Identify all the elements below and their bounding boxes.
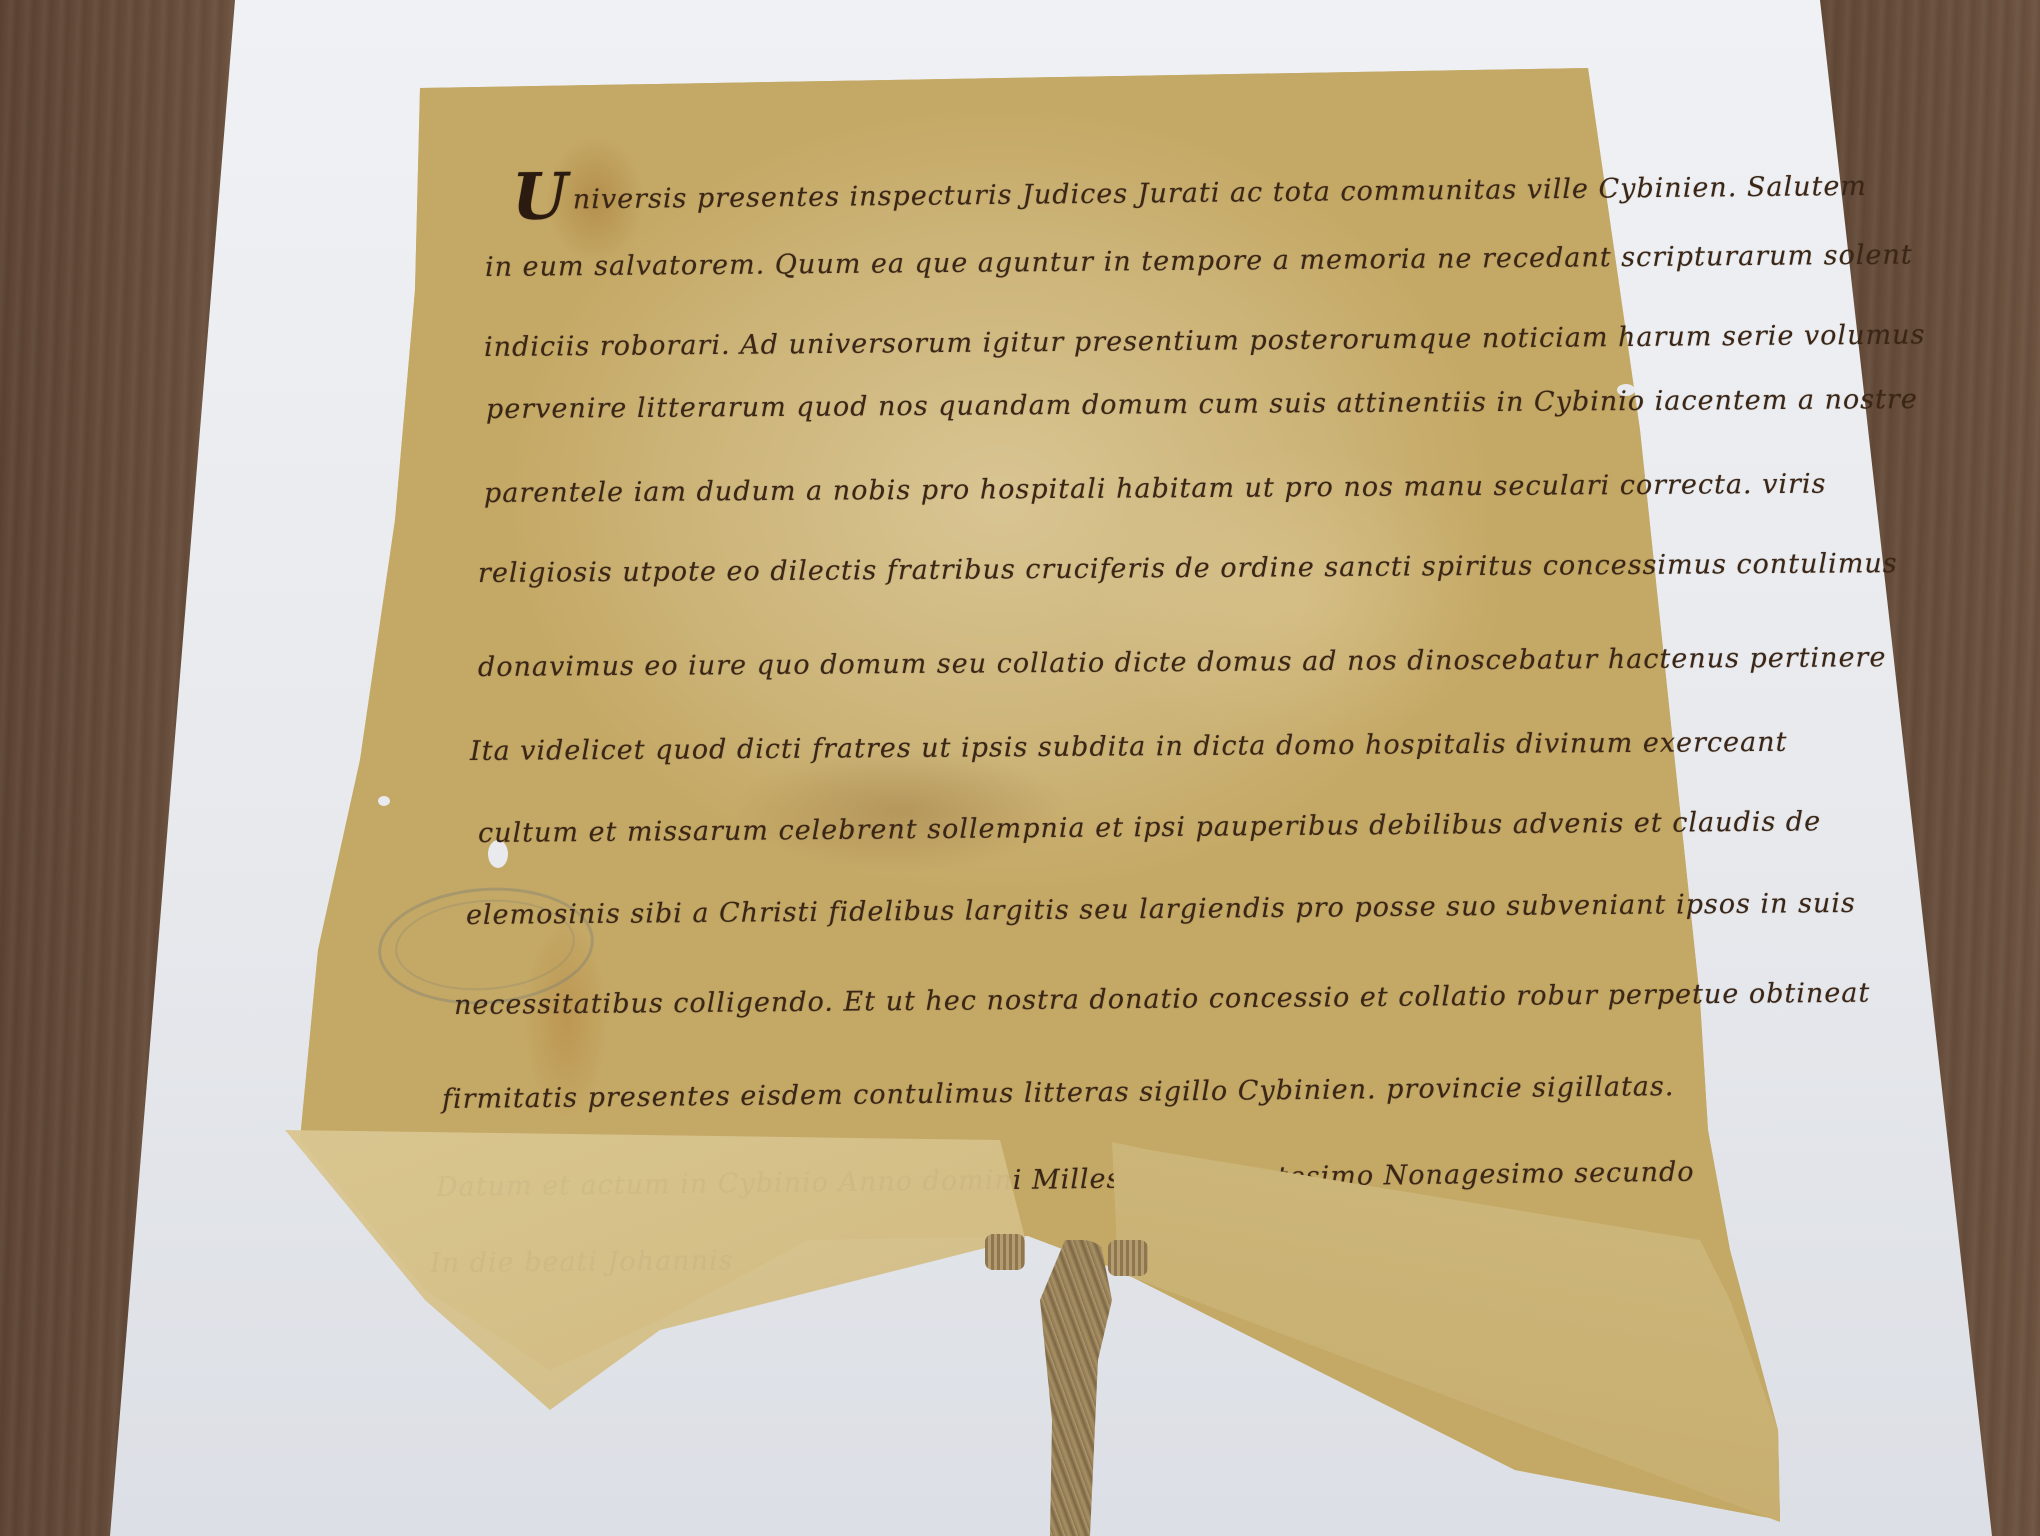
cord-loop-right [1108, 1240, 1148, 1276]
charter-text: Universis presentes inspecturis Judices … [0, 0, 2040, 1536]
charter-line-7: donavimus eo iure quo domum seu collatio… [478, 642, 1887, 683]
charter-line-10: elemosinis sibi a Christi fidelibus larg… [466, 888, 1856, 931]
charter-line-12: firmitatis presentes eisdem contulimus l… [442, 1071, 1675, 1115]
cord-loop-left [985, 1234, 1025, 1270]
charter-line-1: Universis presentes inspecturis Judices … [512, 146, 1868, 235]
charter-line-2: in eum salvatorem. Quum ea que aguntur i… [485, 240, 1913, 283]
charter-line-3: indiciis roborari. Ad universorum igitur… [484, 319, 1926, 363]
charter-line-11: necessitatibus colligendo. Et ut hec nos… [454, 978, 1870, 1021]
charter-line-5: parentele iam dudum a nobis pro hospital… [484, 469, 1827, 509]
charter-line-4: pervenire litterarum quod nos quandam do… [486, 384, 1918, 425]
charter-line-8: Ita videlicet quod dicti fratres ut ipsi… [470, 727, 1788, 767]
charter-line-6: religiosis utpote eo dilectis fratribus … [478, 548, 1898, 589]
charter-line-9: cultum et missarum celebrent sollempnia … [478, 806, 1821, 849]
decorated-initial: U [512, 159, 570, 235]
